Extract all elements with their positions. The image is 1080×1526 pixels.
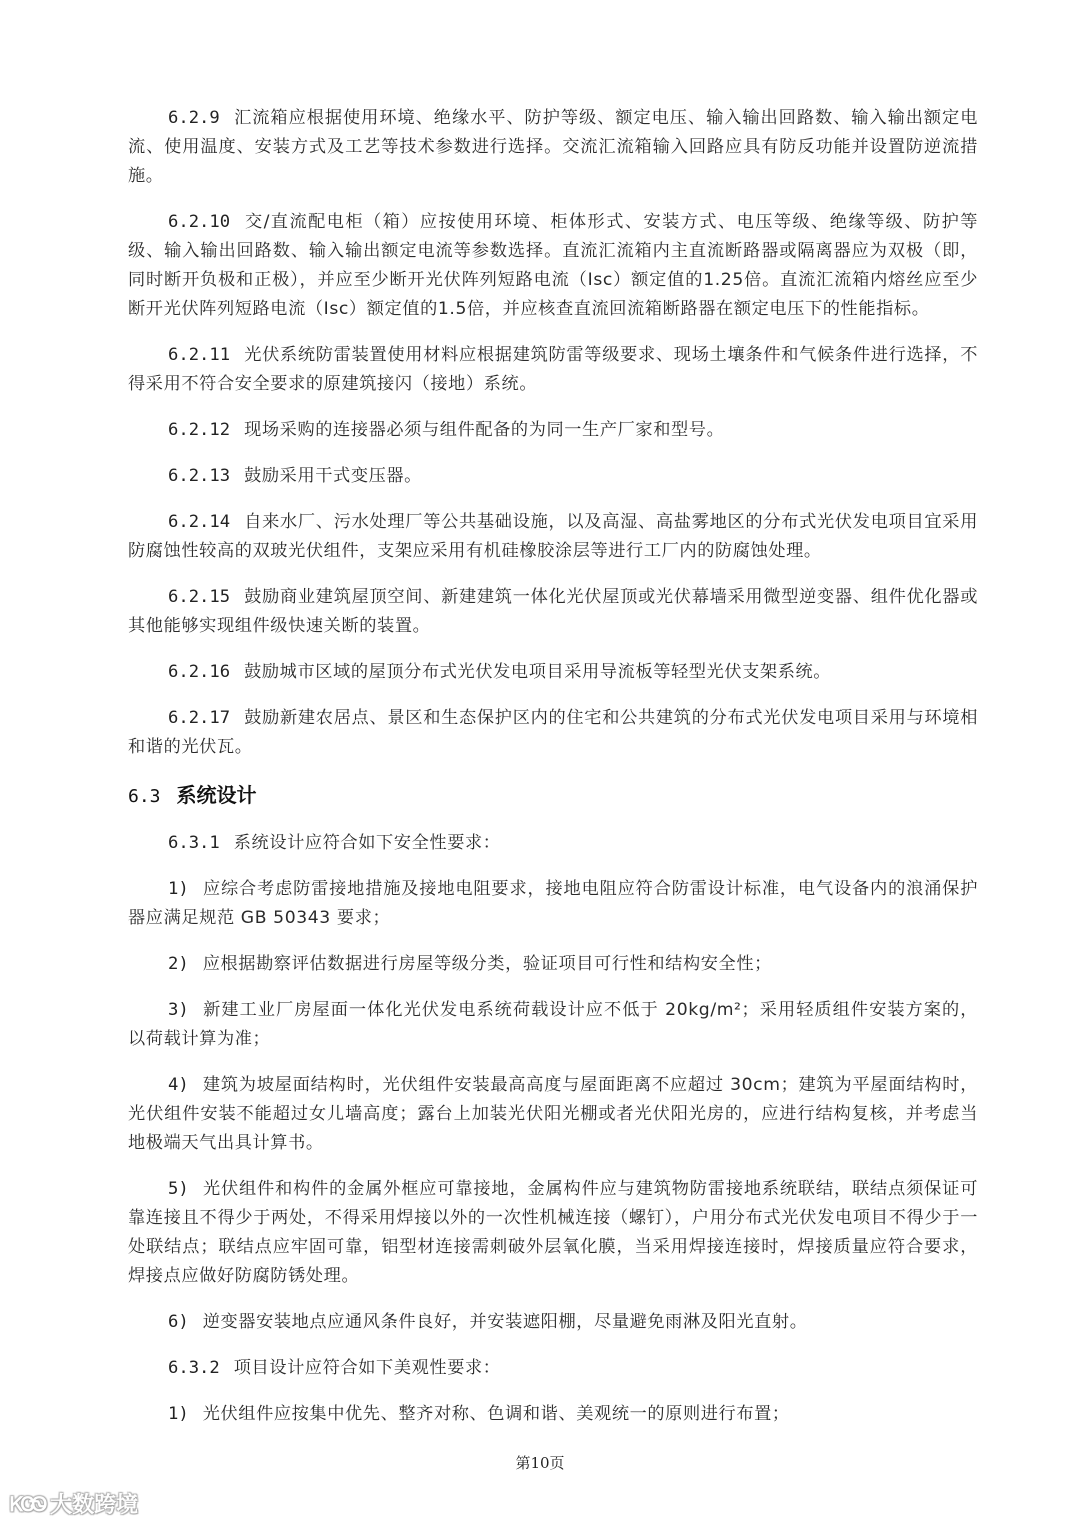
item-text: 建筑为坡屋面结构时，光伏组件安装最高高度与屋面距离不应超过 30cm；建筑为平屋… [128, 1075, 978, 1153]
list-item-6-3-1-3: 3)新建工业厂房屋面一体化光伏发电系统荷载设计应不低于 20kg/m²；采用轻质… [128, 996, 978, 1054]
watermark-text: 大数跨境 [50, 1488, 138, 1519]
clause-text: 自来水厂、污水处理厂等公共基础设施，以及高湿、高盐雾地区的分布式光伏发电项目宜采… [128, 512, 978, 561]
clause-6-3-2: 6.3.2项目设计应符合如下美观性要求： [128, 1354, 978, 1383]
clause-text: 鼓励商业建筑屋顶空间、新建建筑一体化光伏屋顶或光伏幕墙采用微型逆变器、组件优化器… [128, 587, 978, 636]
page-number: 第10页 [515, 1454, 564, 1472]
clause-number: 6.2.10 [168, 212, 230, 232]
item-number: 3) [168, 1000, 189, 1020]
list-item-6-3-2-1: 1)光伏组件应按集中优先、整齐对称、色调和谐、美观统一的原则进行布置； [128, 1400, 978, 1429]
clause-6-2-10: 6.2.10交/直流配电柜（箱）应按使用环境、柜体形式、安装方式、电压等级、绝缘… [128, 208, 978, 324]
clause-number: 6.2.11 [168, 345, 230, 365]
clause-6-3-1: 6.3.1系统设计应符合如下安全性要求： [128, 829, 978, 858]
clause-text: 系统设计应符合如下安全性要求： [234, 833, 501, 853]
clause-number: 6.3.2 [168, 1358, 220, 1378]
clause-6-2-9: 6.2.9汇流箱应根据使用环境、绝缘水平、防护等级、额定电压、输入输出回路数、输… [128, 104, 978, 191]
clause-number: 6.2.13 [168, 466, 230, 486]
clause-6-2-12: 6.2.12现场采购的连接器必须与组件配备的为同一生产厂家和型号。 [128, 416, 978, 445]
clause-number: 6.2.17 [168, 708, 230, 728]
clause-text: 项目设计应符合如下美观性要求： [234, 1358, 501, 1378]
clause-text: 鼓励新建农居点、景区和生态保护区内的住宅和公共建筑的分布式光伏发电项目采用与环境… [128, 708, 978, 757]
item-number: 6) [168, 1312, 189, 1332]
clause-number: 6.3.1 [168, 833, 220, 853]
item-number: 5) [168, 1179, 189, 1199]
clause-number: 6.2.14 [168, 512, 230, 532]
page-footer: 第10页 [0, 1452, 1080, 1473]
list-item-6-3-1-4: 4)建筑为坡屋面结构时，光伏组件安装最高高度与屋面距离不应超过 30cm；建筑为… [128, 1071, 978, 1158]
brand-logo-icon: ᏦᏣᏫ [10, 1492, 44, 1516]
watermark: ᏦᏣᏫ 大数跨境 [10, 1488, 138, 1519]
clause-text: 鼓励采用干式变压器。 [244, 466, 422, 486]
clause-6-2-15: 6.2.15鼓励商业建筑屋顶空间、新建建筑一体化光伏屋顶或光伏幕墙采用微型逆变器… [128, 583, 978, 641]
item-text: 光伏组件应按集中优先、整齐对称、色调和谐、美观统一的原则进行布置； [203, 1404, 790, 1424]
section-number: 6.3 [128, 786, 161, 807]
item-text: 应综合考虑防雷接地措施及接地电阻要求，接地电阻应符合防雷设计标准，电气设备内的浪… [128, 879, 978, 928]
clause-number: 6.2.16 [168, 662, 230, 682]
clause-text: 现场采购的连接器必须与组件配备的为同一生产厂家和型号。 [244, 420, 724, 440]
list-item-6-3-1-6: 6)逆变器安装地点应通风条件良好，并安装遮阳棚，尽量避免雨淋及阳光直射。 [128, 1308, 978, 1337]
clause-number: 6.2.15 [168, 587, 230, 607]
clause-number: 6.2.9 [168, 108, 220, 128]
clause-text: 交/直流配电柜（箱）应按使用环境、柜体形式、安装方式、电压等级、绝缘等级、防护等… [128, 212, 978, 319]
item-number: 4) [168, 1075, 189, 1095]
item-text: 光伏组件和构件的金属外框应可靠接地，金属构件应与建筑物防雷接地系统联结，联结点须… [128, 1179, 978, 1286]
clause-6-2-17: 6.2.17鼓励新建农居点、景区和生态保护区内的住宅和公共建筑的分布式光伏发电项… [128, 704, 978, 762]
clause-6-2-11: 6.2.11光伏系统防雷装置使用材料应根据建筑防雷等级要求、现场土壤条件和气候条… [128, 341, 978, 399]
clause-number: 6.2.12 [168, 420, 230, 440]
section-title: 系统设计 [177, 783, 257, 807]
clause-6-2-13: 6.2.13鼓励采用干式变压器。 [128, 462, 978, 491]
item-number: 1) [168, 879, 189, 899]
clause-6-2-16: 6.2.16鼓励城市区域的屋顶分布式光伏发电项目采用导流板等轻型光伏支架系统。 [128, 658, 978, 687]
clause-text: 鼓励城市区域的屋顶分布式光伏发电项目采用导流板等轻型光伏支架系统。 [244, 662, 831, 682]
item-number: 2) [168, 954, 189, 974]
clause-text: 汇流箱应根据使用环境、绝缘水平、防护等级、额定电压、输入输出回路数、输入输出额定… [128, 108, 978, 186]
clause-text: 光伏系统防雷装置使用材料应根据建筑防雷等级要求、现场土壤条件和气候条件进行选择，… [128, 345, 978, 394]
document-page: 6.2.9汇流箱应根据使用环境、绝缘水平、防护等级、额定电压、输入输出回路数、输… [128, 104, 978, 1446]
list-item-6-3-1-1: 1)应综合考虑防雷接地措施及接地电阻要求，接地电阻应符合防雷设计标准，电气设备内… [128, 875, 978, 933]
clause-6-2-14: 6.2.14自来水厂、污水处理厂等公共基础设施，以及高湿、高盐雾地区的分布式光伏… [128, 508, 978, 566]
item-number: 1) [168, 1404, 189, 1424]
item-text: 逆变器安装地点应通风条件良好，并安装遮阳棚，尽量避免雨淋及阳光直射。 [203, 1312, 808, 1332]
item-text: 新建工业厂房屋面一体化光伏发电系统荷载设计应不低于 20kg/m²；采用轻质组件… [128, 1000, 978, 1049]
section-heading-6-3: 6.3系统设计 [128, 779, 978, 813]
list-item-6-3-1-2: 2)应根据勘察评估数据进行房屋等级分类，验证项目可行性和结构安全性； [128, 950, 978, 979]
item-text: 应根据勘察评估数据进行房屋等级分类，验证项目可行性和结构安全性； [203, 954, 772, 974]
list-item-6-3-1-5: 5)光伏组件和构件的金属外框应可靠接地，金属构件应与建筑物防雷接地系统联结，联结… [128, 1175, 978, 1291]
